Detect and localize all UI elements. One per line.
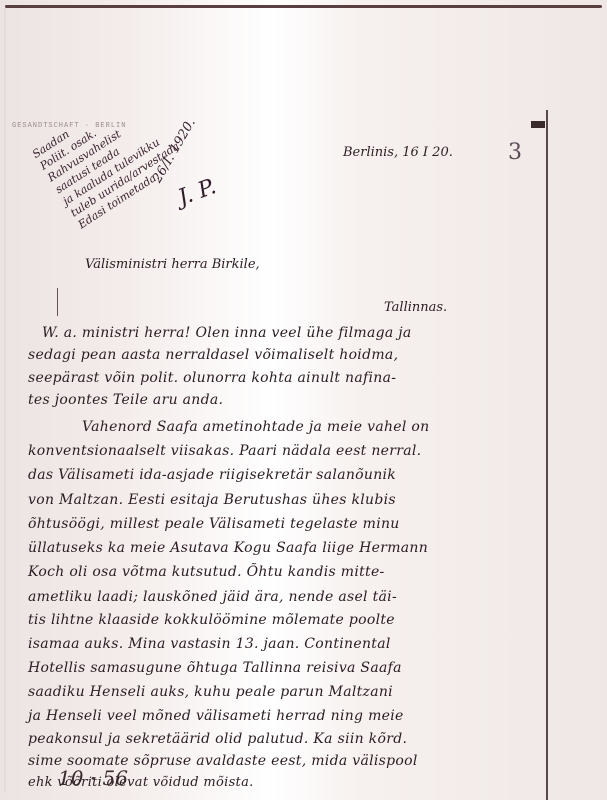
page-right-edge xyxy=(546,110,548,800)
letter-line: von Maltzan. Eesti esitaja Berutushas üh… xyxy=(28,492,396,508)
letter-line: üllatuseks ka meie Asutava Kogu Saafa li… xyxy=(28,540,428,556)
photo-left-edge xyxy=(4,8,6,793)
letter-line: tes joontes Teile aru anda. xyxy=(28,392,223,408)
letter-line: Koch oli osa võtma kutsutud. Õhtu kandis… xyxy=(28,564,385,580)
letter-line: W. a. ministri herra! Olen inna veel ühe… xyxy=(42,325,412,341)
letter-line: ametliku laadi; lauskõned jäid ära, nend… xyxy=(28,589,397,605)
photo-top-edge xyxy=(5,5,602,8)
page-corner-mark xyxy=(531,121,545,128)
archive-number: 10 · 56 xyxy=(58,766,128,790)
letter-line: isamaa auks. Mina vastasin 13. jaan. Con… xyxy=(28,636,391,652)
letter-line: saadiku Henseli auks, kuhu peale parun M… xyxy=(28,684,393,700)
letter-line: Vahenord Saafa ametinohtade ja meie vahe… xyxy=(82,419,429,435)
letter-line: õhtusöögi, millest peale Välisameti tege… xyxy=(28,516,400,532)
letter-line: konventsionaalselt viisakas. Paari nädal… xyxy=(28,443,421,459)
addressee: Välisministri herra Birkile, xyxy=(85,257,260,272)
place-date: Berlinis, 16 I 20. xyxy=(343,145,453,160)
page-number: 3 xyxy=(508,140,522,165)
letter-line: das Välisameti ida-asjade riigisekretär … xyxy=(28,467,396,483)
letter-line: sedagi pean aasta nerraldasel võimalisel… xyxy=(28,347,398,363)
letter-line: Hotellis samasugune õhtuga Tallinna reis… xyxy=(28,660,402,676)
letter-line: ja Henseli veel mõned välisameti herrad … xyxy=(28,708,404,724)
city: Tallinnas. xyxy=(384,300,447,315)
margin-mark xyxy=(57,288,58,316)
letter-line: seepärast võin polit. olunorra kohta ain… xyxy=(28,370,396,386)
letter-line: tis lihtne klaaside kokkulöömine mõlemat… xyxy=(28,612,395,628)
letter-line: peakonsul ja sekretäärid olid palutud. K… xyxy=(28,731,407,747)
